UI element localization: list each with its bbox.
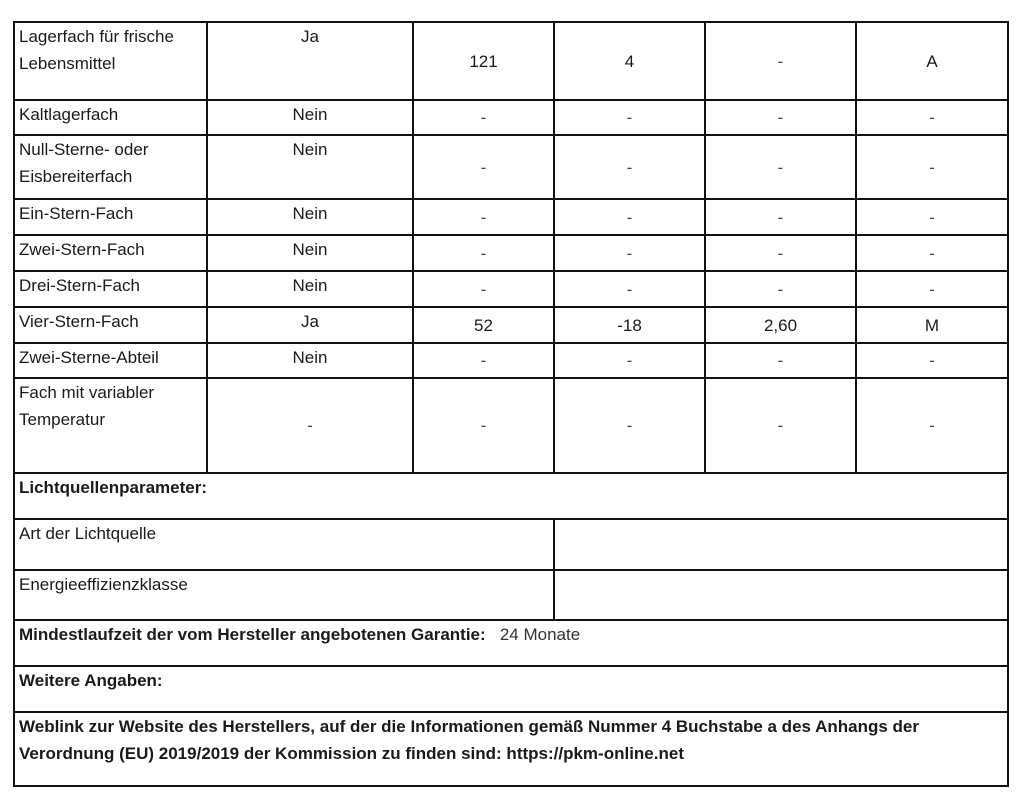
light-source-heading-row: Lichtquellenparameter: [14,473,1008,519]
compartment-volume: 52 [413,307,554,343]
compartment-row: Zwei-Sterne-AbteilNein---- [14,343,1008,378]
compartment-present: Ja [207,307,413,343]
compartment-present: Nein [207,135,413,199]
compartment-present: Nein [207,271,413,307]
compartment-temperature: -18 [554,307,705,343]
warranty-value: 24 Monate [500,625,580,644]
compartment-present: Ja [207,22,413,100]
compartment-volume: - [413,135,554,199]
compartment-present: Nein [207,100,413,135]
warranty-label: Mindestlaufzeit der vom Hersteller angeb… [19,625,486,644]
compartment-capacity: - [705,135,856,199]
weblink-text: Weblink zur Website des Herstellers, auf… [14,712,1008,786]
light-source-heading: Lichtquellenparameter: [14,473,1008,519]
compartment-volume: 121 [413,22,554,100]
compartment-temperature: - [554,100,705,135]
compartment-name: Kaltlagerfach [14,100,207,135]
compartment-class: - [856,271,1008,307]
compartment-row: Vier-Stern-FachJa52-182,60M [14,307,1008,343]
energy-class-value [554,570,1008,620]
compartment-row: Ein-Stern-FachNein---- [14,199,1008,235]
compartment-name: Zwei-Sterne-Abteil [14,343,207,378]
compartment-name: Vier-Stern-Fach [14,307,207,343]
compartment-row: Zwei-Stern-FachNein---- [14,235,1008,271]
compartment-row: Fach mit variabler Temperatur----- [14,378,1008,473]
further-info-row: Weitere Angaben: [14,666,1008,712]
warranty-cell: Mindestlaufzeit der vom Hersteller angeb… [14,620,1008,666]
compartment-class: - [856,378,1008,473]
compartment-volume: - [413,100,554,135]
compartment-temperature: 4 [554,22,705,100]
further-info-label: Weitere Angaben: [14,666,1008,712]
compartment-name: Drei-Stern-Fach [14,271,207,307]
compartment-temperature: - [554,378,705,473]
compartment-temperature: - [554,135,705,199]
warranty-row: Mindestlaufzeit der vom Hersteller angeb… [14,620,1008,666]
product-info-sheet: Lagerfach für frische LebensmittelJa1214… [13,21,1007,787]
compartment-capacity: - [705,343,856,378]
light-source-type-value [554,519,1008,570]
compartment-temperature: - [554,271,705,307]
weblink-row: Weblink zur Website des Herstellers, auf… [14,712,1008,786]
compartment-present: Nein [207,235,413,271]
energy-class-row: Energieeffizienzklasse [14,570,1008,620]
compartment-class: A [856,22,1008,100]
compartment-temperature: - [554,343,705,378]
compartment-row: Drei-Stern-FachNein---- [14,271,1008,307]
light-source-type-label: Art der Lichtquelle [14,519,554,570]
light-source-type-row: Art der Lichtquelle [14,519,1008,570]
compartment-temperature: - [554,235,705,271]
compartment-name: Lagerfach für frische Lebensmittel [14,22,207,100]
compartment-present: - [207,378,413,473]
compartment-capacity: - [705,378,856,473]
compartment-volume: - [413,271,554,307]
compartment-volume: - [413,235,554,271]
compartment-row: Null-Sterne- oder EisbereiterfachNein---… [14,135,1008,199]
compartment-table: Lagerfach für frische LebensmittelJa1214… [13,21,1009,787]
compartment-capacity: - [705,199,856,235]
energy-class-label: Energieeffizienzklasse [14,570,554,620]
compartment-name: Zwei-Stern-Fach [14,235,207,271]
compartment-capacity: - [705,22,856,100]
compartment-capacity: - [705,100,856,135]
compartment-volume: - [413,378,554,473]
compartment-present: Nein [207,343,413,378]
compartment-capacity: - [705,235,856,271]
compartment-name: Null-Sterne- oder Eisbereiterfach [14,135,207,199]
compartment-row: Lagerfach für frische LebensmittelJa1214… [14,22,1008,100]
compartment-volume: - [413,343,554,378]
compartment-name: Ein-Stern-Fach [14,199,207,235]
compartment-volume: - [413,199,554,235]
compartment-temperature: - [554,199,705,235]
compartment-class: - [856,343,1008,378]
compartment-class: M [856,307,1008,343]
compartment-capacity: - [705,271,856,307]
compartment-name: Fach mit variabler Temperatur [14,378,207,473]
compartment-class: - [856,235,1008,271]
compartment-row: KaltlagerfachNein---- [14,100,1008,135]
compartment-class: - [856,100,1008,135]
compartment-capacity: 2,60 [705,307,856,343]
compartment-class: - [856,199,1008,235]
compartment-class: - [856,135,1008,199]
compartment-present: Nein [207,199,413,235]
